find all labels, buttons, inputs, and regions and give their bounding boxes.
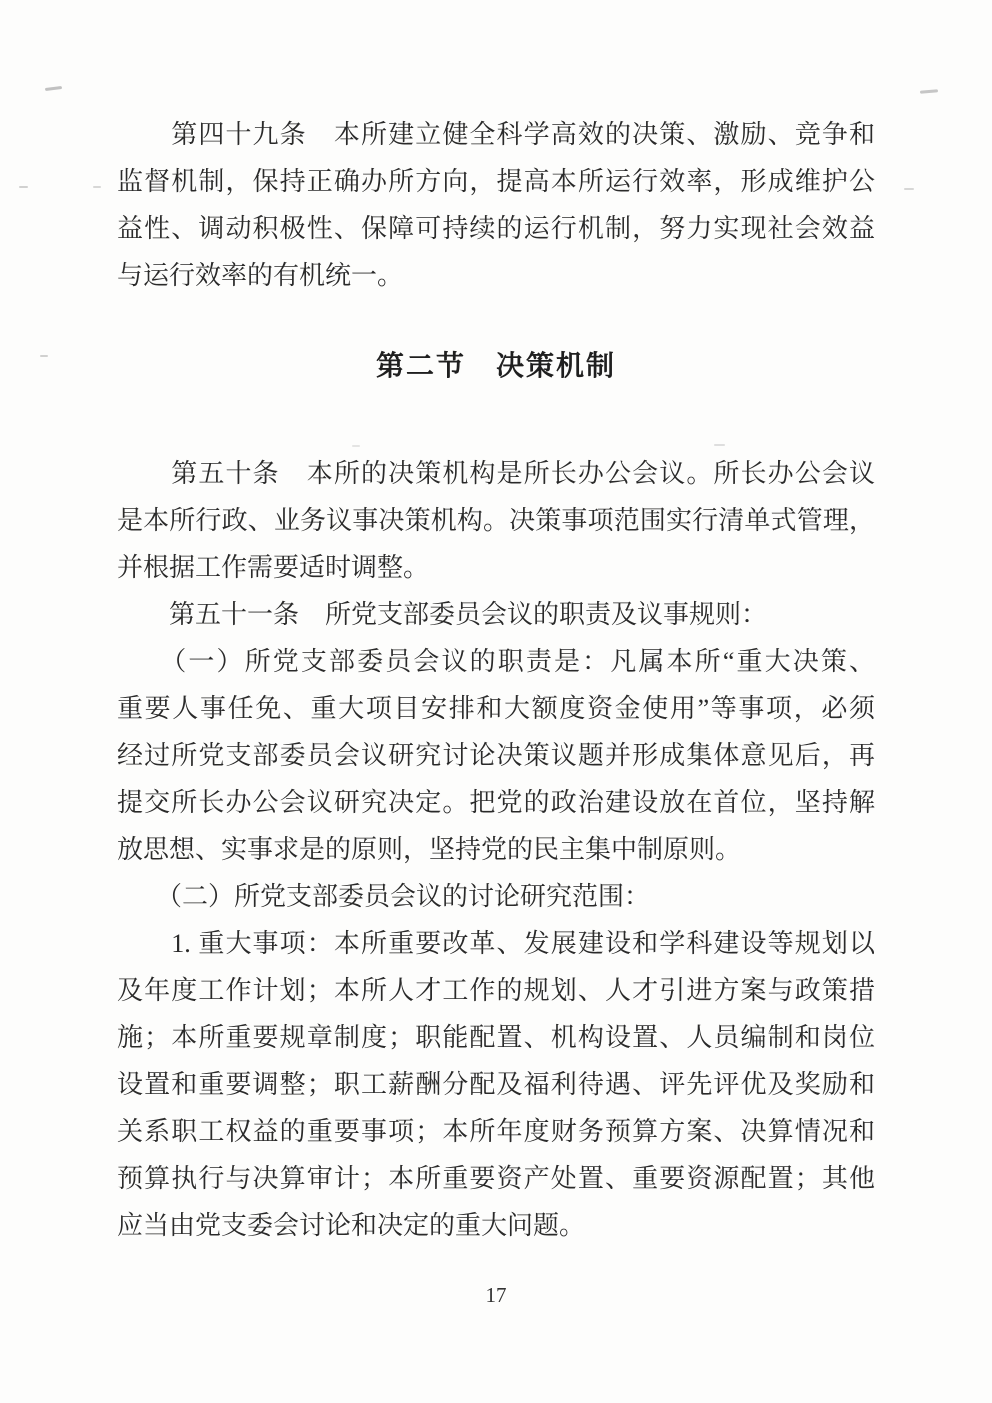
article-50-line-1: 第五十条 本所的决策机构是所长办公会议。所长办公会议 xyxy=(117,450,875,497)
article-49-line-3: 益性、调动积极性、保障可持续的运行机制，努力实现社会效益 xyxy=(117,205,875,252)
article-51-item-1-line-2: 重要人事任免、重大项目安排和大额度资金使用”等事项，必须 xyxy=(117,685,875,732)
article-50-line-3: 并根据工作需要适时调整。 xyxy=(117,544,875,591)
article-51-item-2-clause-1: 1. 重大事项：本所重要改革、发展建设和学科建设等规划以及年度工作计划；本所人才… xyxy=(117,920,875,1249)
article-51-item-1: （一）所党支部委员会议的职责是：凡属本所“重大决策、重要人事任免、重大项目安排和… xyxy=(117,638,875,873)
section-heading: 第二节 决策机制 xyxy=(117,343,875,390)
article-51-item-2-clause-1-line-6: 预算执行与决算审计；本所重要资产处置、重要资源配置；其他 xyxy=(117,1155,875,1202)
article-51-lead-line-1: 第五十一条 所党支部委员会议的职责及议事规则： xyxy=(117,591,875,638)
page-number: 17 xyxy=(0,1283,992,1308)
article-51-lead: 第五十一条 所党支部委员会议的职责及议事规则： xyxy=(117,591,875,638)
scan-mark xyxy=(19,186,28,188)
article-51-item-2-clause-1-line-7: 应当由党支委会讨论和决定的重大问题。 xyxy=(117,1202,875,1249)
article-51-item-2-clause-1-line-2: 及年度工作计划；本所人才工作的规划、人才引进方案与政策措 xyxy=(117,967,875,1014)
scan-mark xyxy=(45,86,62,91)
document-body: 第四十九条 本所建立健全科学高效的决策、激励、竞争和监督机制，保持正确办所方向，… xyxy=(117,111,875,1249)
article-50-line-2: 是本所行政、业务议事决策机构。决策事项范围实行清单式管理， xyxy=(117,497,875,544)
article-51-item-1-line-1: （一）所党支部委员会议的职责是：凡属本所“重大决策、 xyxy=(117,638,875,685)
article-49-line-1: 第四十九条 本所建立健全科学高效的决策、激励、竞争和 xyxy=(117,111,875,158)
article-50: 第五十条 本所的决策机构是所长办公会议。所长办公会议是本所行政、业务议事决策机构… xyxy=(117,450,875,591)
scan-mark xyxy=(40,355,48,357)
scanned-document-page: 第四十九条 本所建立健全科学高效的决策、激励、竞争和监督机制，保持正确办所方向，… xyxy=(0,0,992,1403)
article-51-item-2-clause-1-line-1: 1. 重大事项：本所重要改革、发展建设和学科建设等规划以 xyxy=(117,920,875,967)
article-51-item-1-line-4: 提交所长办公会议研究决定。把党的政治建设放在首位，坚持解 xyxy=(117,779,875,826)
scan-mark xyxy=(93,186,101,188)
article-51-item-2-line-1: （二）所党支部委员会议的讨论研究范围： xyxy=(117,873,875,920)
article-51-item-2-clause-1-line-4: 设置和重要调整；职工薪酬分配及福利待遇、评先评优及奖励和 xyxy=(117,1061,875,1108)
article-49-line-2: 监督机制，保持正确办所方向，提高本所运行效率，形成维护公 xyxy=(117,158,875,205)
article-51-item-2-clause-1-line-3: 施；本所重要规章制度；职能配置、机构设置、人员编制和岗位 xyxy=(117,1014,875,1061)
article-51-item-1-line-5: 放思想、实事求是的原则，坚持党的民主集中制原则。 xyxy=(117,826,875,873)
article-51-item-2-clause-1-line-5: 关系职工权益的重要事项；本所年度财务预算方案、决算情况和 xyxy=(117,1108,875,1155)
article-51-item-1-line-3: 经过所党支部委员会议研究讨论决策议题并形成集体意见后，再 xyxy=(117,732,875,779)
scan-mark xyxy=(920,89,938,94)
article-49: 第四十九条 本所建立健全科学高效的决策、激励、竞争和监督机制，保持正确办所方向，… xyxy=(117,111,875,299)
scan-mark xyxy=(904,188,914,190)
article-51-item-2: （二）所党支部委员会议的讨论研究范围： xyxy=(117,873,875,920)
article-49-line-4: 与运行效率的有机统一。 xyxy=(117,252,875,299)
